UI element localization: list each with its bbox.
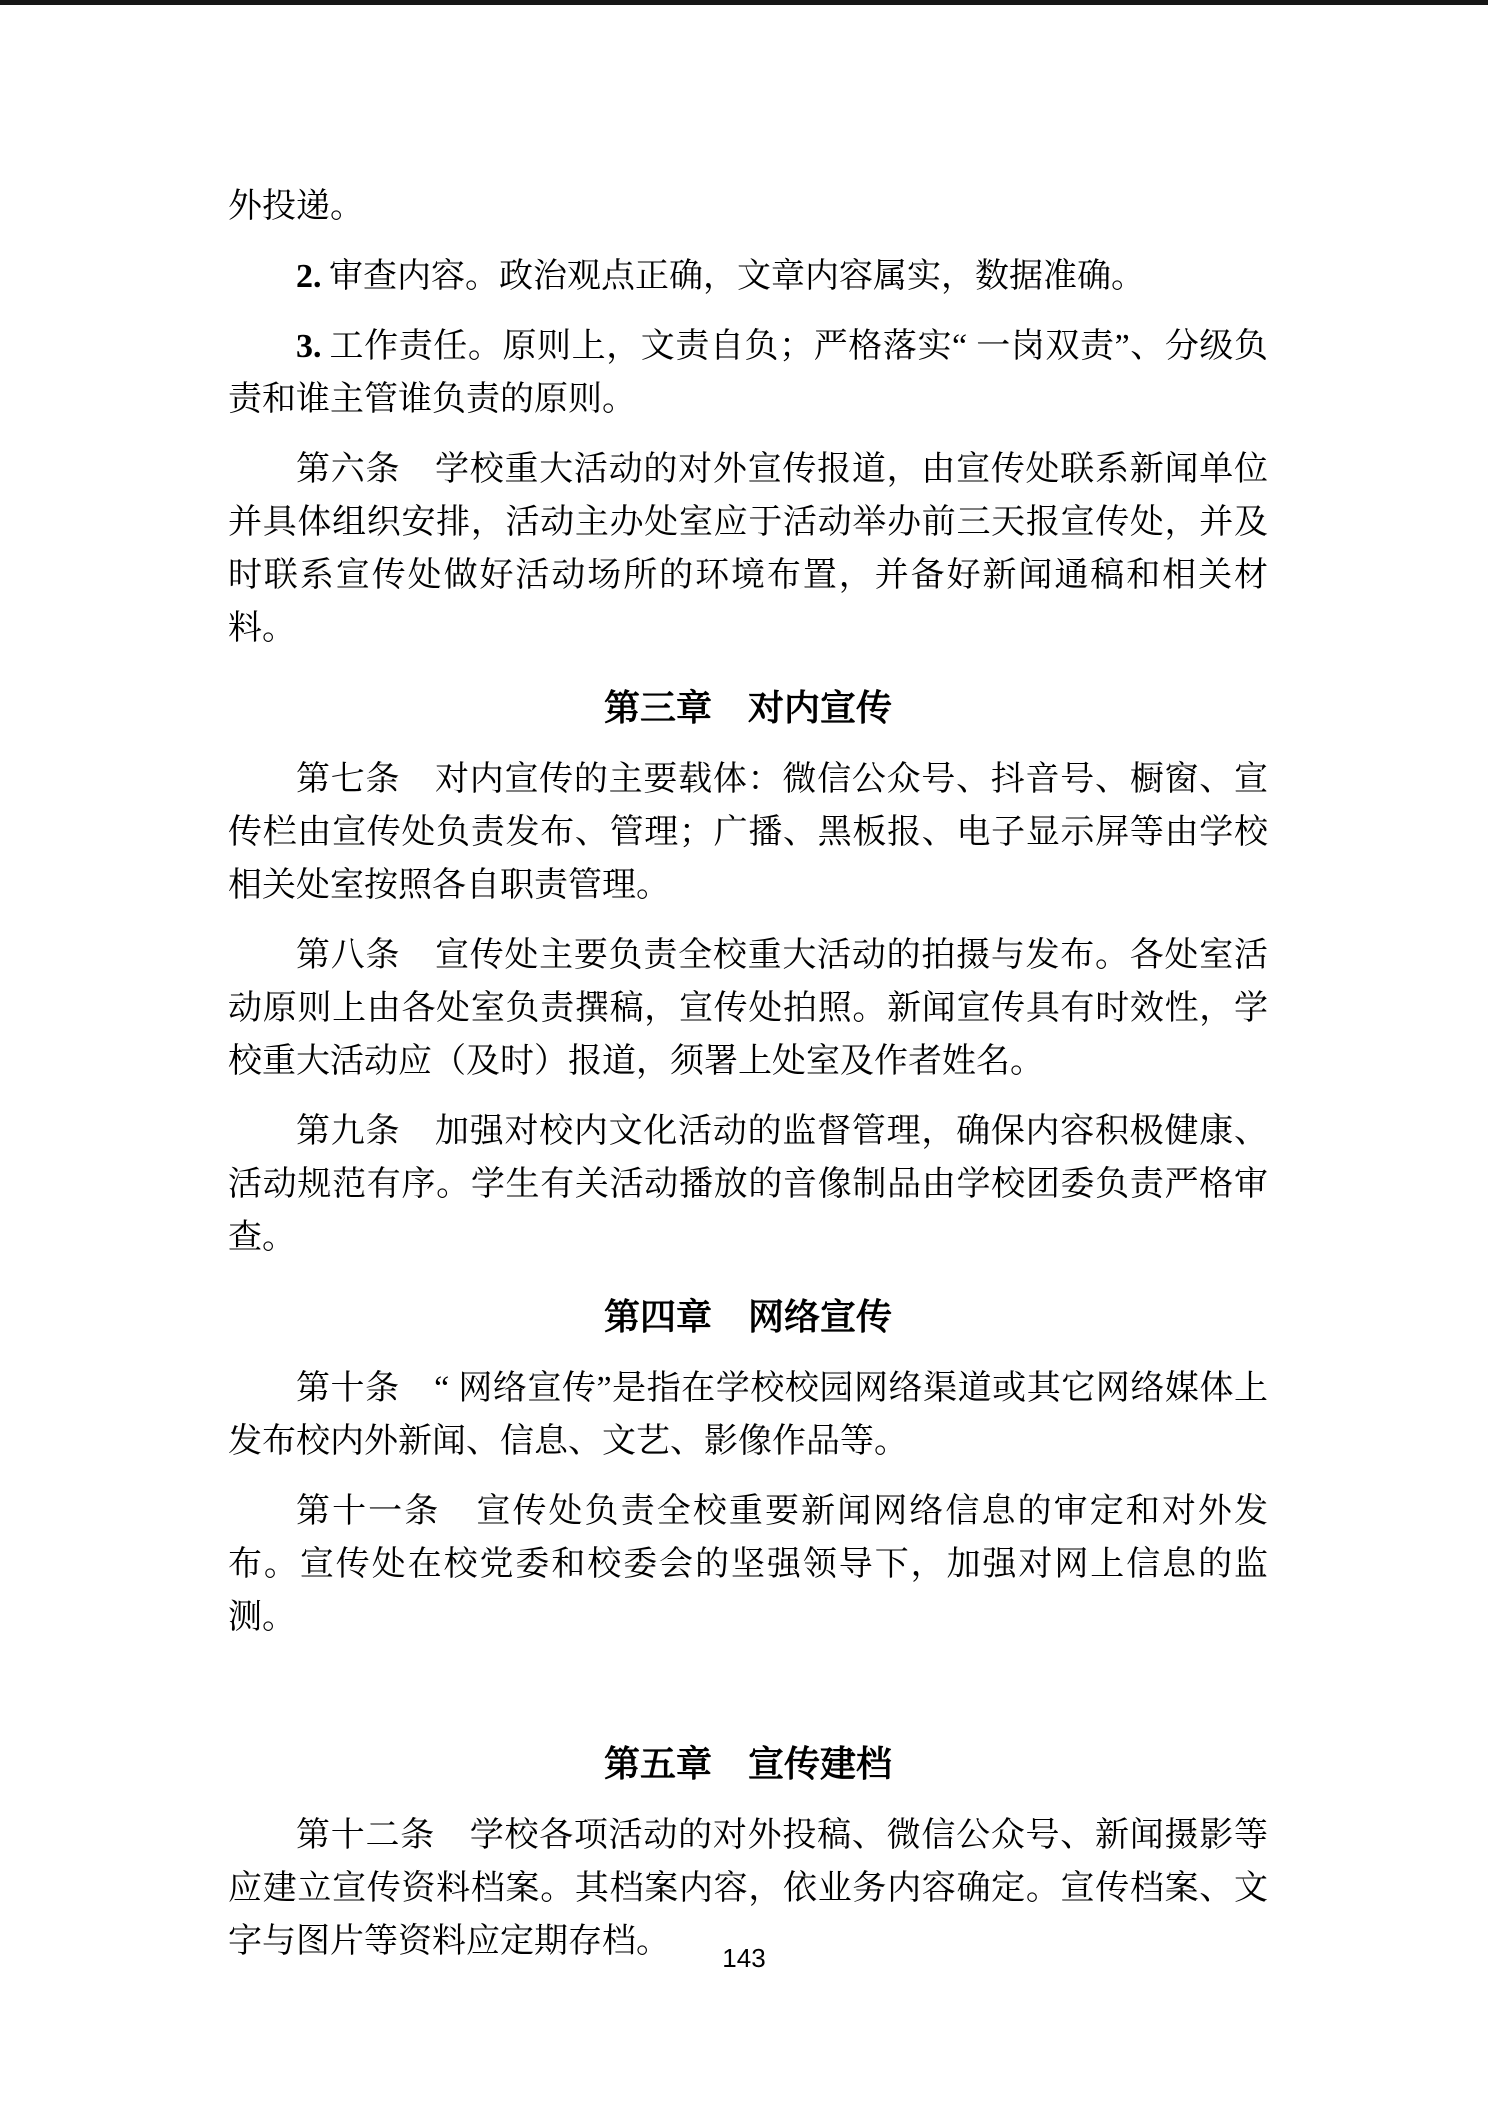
paragraph-numbered-item-2: 2.审查内容。政治观点正确，文章内容属实，数据准确。 — [228, 250, 1268, 303]
list-number: 2. — [296, 258, 322, 295]
paragraph-numbered-item-3: 3.工作责任。原则上，文责自负；严格落实“ 一岗双责”、分级负责和谁主管谁负责的… — [228, 320, 1268, 426]
paragraph-article-6: 第六条 学校重大活动的对外宣传报道，由宣传处联系新闻单位并具体组织安排，活动主办… — [228, 443, 1268, 655]
paragraph-article-7: 第七条 对内宣传的主要载体：微信公众号、抖音号、橱窗、宣传栏由宣传处负责发布、管… — [228, 753, 1268, 912]
chapter-heading-3: 第三章 对内宣传 — [228, 680, 1268, 736]
paragraph-text: 审查内容。政治观点正确，文章内容属实，数据准确。 — [329, 258, 1145, 295]
paragraph: 外投递。 — [228, 180, 1268, 233]
paragraph-article-10: 第十条 “ 网络宣传”是指在学校校园网络渠道或其它网络媒体上发布校内外新闻、信息… — [228, 1362, 1268, 1468]
paragraph-article-9: 第九条 加强对校内文化活动的监督管理，确保内容积极健康、活动规范有序。学生有关活… — [228, 1105, 1268, 1264]
chapter-heading-5: 第五章 宣传建档 — [228, 1736, 1268, 1792]
paragraph-article-11: 第十一条 宣传处负责全校重要新闻网络信息的审定和对外发布。宣传处在校党委和校委会… — [228, 1485, 1268, 1644]
scan-edge-bar — [0, 0, 1488, 5]
chapter-heading-4: 第四章 网络宣传 — [228, 1289, 1268, 1345]
document-page: 外投递。 2.审查内容。政治观点正确，文章内容属实，数据准确。 3.工作责任。原… — [0, 0, 1488, 2104]
paragraph-text: 工作责任。原则上，文责自负；严格落实“ 一岗双责”、分级负责和谁主管谁负责的原则… — [228, 328, 1268, 418]
paragraph-article-8: 第八条 宣传处主要负责全校重大活动的拍摄与发布。各处室活动原则上由各处室负责撰稿… — [228, 929, 1268, 1088]
document-body: 外投递。 2.审查内容。政治观点正确，文章内容属实，数据准确。 3.工作责任。原… — [228, 180, 1268, 1968]
page-number: 143 — [0, 1942, 1488, 1974]
list-number: 3. — [296, 328, 322, 365]
